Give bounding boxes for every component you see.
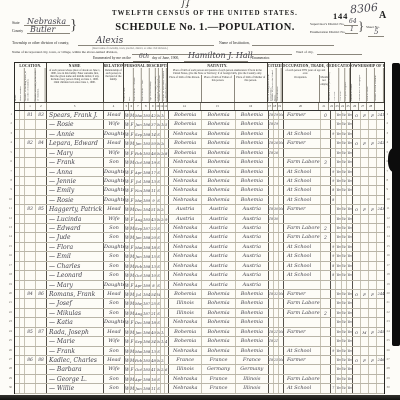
table-row: — WillieSonWMJun188811SNebraskaFranceIll… [15,384,384,393]
cell-fam [36,233,47,241]
cell-o1 [353,243,361,251]
cell-pf: France [202,356,235,364]
column-group-occupation: OCCUPATION, TRADE, OR PROFESSIONof each … [283,63,330,102]
cell-o1 [353,158,361,166]
cell-o4: 246 [377,356,384,364]
cell-pm: Austria [236,205,269,213]
cell-rel: Son [104,158,125,166]
cell-pb: Nebraska [169,281,202,289]
cell-o1 [353,120,361,128]
cell-dw [25,196,36,204]
cell-dw: 86 [25,356,36,364]
cell-oc [284,281,321,289]
cell-pf: Austria [202,215,235,223]
cell-o4 [377,158,384,166]
cell-bm: Jan [135,233,143,241]
line-number: 20 [2,289,12,298]
cell-name: — Annie [47,130,104,138]
cell-o2 [361,262,369,270]
line-number: 30 [2,383,12,392]
cell-o3: F [369,356,377,364]
cell-fam [36,262,47,270]
cell-bm: May [135,196,143,204]
cell-o4 [377,375,384,383]
cell-dw [25,318,36,326]
table-row: — MaryWifeWFFeb185446M268 6BohemiaBohemi… [15,149,384,158]
cell-pb: Nebraska [169,158,202,166]
cell-pf: Bohemia [202,337,235,345]
cell-by: 1878 [143,309,151,317]
cell-o4 [377,177,384,185]
cell-oc: At School [284,168,321,176]
cell-o3 [369,224,377,232]
cell-o2 [361,120,369,128]
cell-fam [36,271,47,279]
cell-fam [36,215,47,223]
cell-pb: Nebraska [169,196,202,204]
column-number: 26 [351,103,359,110]
cell-fam: 84 [36,139,47,147]
cell-dw: 81 [25,111,36,119]
cell-bm: Oct [135,158,143,166]
cell-o3 [369,215,377,223]
cell-o1 [353,365,361,373]
cell-rel: Wife [104,215,125,223]
cell-o1: O [353,205,361,213]
cell-o2 [361,309,369,317]
cell-dw [25,130,36,138]
cell-bm: Mar [135,243,143,251]
cell-pm: Germany [236,365,269,373]
cell-dw [25,252,36,260]
cell-oc [284,365,321,373]
cell-pm: Austria [236,233,269,241]
cell-oc: Farm Laborer [284,233,321,241]
cell-pb: Nebraska [169,186,202,194]
cell-pb: Nebraska [169,130,202,138]
cell-oc: Farmer [284,205,321,213]
cell-mo [321,384,331,392]
cell-pm: Austria [236,224,269,232]
column-number: 7 [134,103,142,110]
cell-rel: Daughter [104,243,125,251]
cell-pf: Bohemia [202,139,235,147]
vertical-column-caption: Naturalization. [277,68,282,102]
cell-o4: 242 [377,139,384,147]
sub-column-label: Place of birth of Father of this person. [201,75,234,102]
cell-oc: Farmer [284,356,321,364]
cell-pm: Bohemia [236,196,269,204]
cell-by: 1852 [143,356,151,364]
cell-mo [321,252,331,260]
cell-o1 [353,299,361,307]
cell-name: — Anna [47,168,104,176]
cell-dw: 84 [25,290,36,298]
vertical-column-caption: Number of family, in the order of visita… [35,68,46,102]
institution-label: Name of Institution, [219,41,250,45]
cell-name: — Jennie [47,177,104,185]
line-number: 27 [387,355,392,364]
cell-o1 [353,252,361,260]
cell-by: 1856 [143,215,151,223]
cell-o3 [369,252,377,260]
cell-bm: Feb [135,356,143,364]
column-number: 14 [168,103,201,110]
cell-o2 [361,233,369,241]
cell-pf: Bohemia [202,158,235,166]
cell-bm: Jun [135,120,143,128]
cell-oc: At School [284,177,321,185]
cell-name: — Flora [47,243,104,251]
cell-pf: Austria [202,233,235,241]
enumeration-district-label: Enumeration District No. [310,30,345,34]
cell-by: 1858 [143,111,151,119]
line-number: 26 [387,346,392,355]
cell-by: 1850 [143,139,151,147]
cell-o1 [353,186,361,194]
cell-o4 [377,224,384,232]
cell-bm: Jul [135,290,143,298]
line-number: 6 [2,157,12,166]
cell-mo [321,299,331,307]
sub-column-label: Place of birth of Mother of this person. [234,75,267,102]
table-header: LOCATION.Street.House number.Number of d… [15,63,384,111]
cell-name: — George L. [47,375,104,383]
line-number: 4 [2,138,12,147]
line-number: 1 [387,110,392,119]
cell-o4 [377,196,384,204]
cell-fam [36,149,47,157]
cell-pb: Bohemia [169,149,202,157]
cell-by: 1884 [143,252,151,260]
cell-o2: M [361,328,369,336]
cell-fam: 86 [36,290,47,298]
cell-fam [36,375,47,383]
cell-o4 [377,365,384,373]
cell-dw [25,337,36,345]
cell-fam: 85 [36,205,47,213]
cell-oc: At School [284,384,321,392]
cell-name: — Barbara [47,365,104,373]
cell-o2 [361,365,369,373]
cell-pf: Bohemia [202,328,235,336]
line-number: 12 [2,214,12,223]
cell-dw [25,384,36,392]
line-number: 15 [2,242,12,251]
cell-pb: Nebraska [169,262,202,270]
cell-o2 [361,186,369,194]
cell-mo [321,149,331,157]
cell-pm: Austria [236,215,269,223]
cell-rel: Daughter [104,196,125,204]
left-brace: } [70,17,77,34]
cell-o4 [377,243,384,251]
cell-bm: Aug [135,309,143,317]
cell-fam [36,252,47,260]
cell-o3 [369,262,377,270]
cell-o2: F [361,205,369,213]
cell-o2 [361,215,369,223]
cell-o2 [361,252,369,260]
cell-name: — Charles [47,262,104,270]
cell-o1 [353,177,361,185]
cell-pm: Bohemia [236,120,269,128]
cell-pb: Nebraska [169,177,202,185]
cell-bm: Jan [135,328,143,336]
line-number: 21 [2,298,12,307]
cell-name: — Emily [47,186,104,194]
cell-pf: Bohemia [202,177,235,185]
cell-pm: Bohemia [236,186,269,194]
cell-pb: Nebraska [169,168,202,176]
group-desc-nativity: Place of birth of each person and parent… [168,68,266,75]
line-number: 30 [387,383,392,392]
cell-by: 1882 [143,243,151,251]
cell-o4: 241 [377,111,384,119]
cell-o3 [369,384,377,392]
cell-rel: Daughter [104,168,125,176]
cell-o1: O [353,356,361,364]
cell-oc [284,337,321,345]
cell-pf: Austria [202,243,235,251]
cell-rel: Head [104,356,125,364]
cell-rel: Son [104,252,125,260]
cell-pm: Austria [236,271,269,279]
cell-pm: Bohemia [236,309,269,317]
cell-pb: Bohemia [169,290,202,298]
sheet-letter: A [379,10,386,21]
line-number: 3 [2,129,12,138]
cell-oc [284,215,321,223]
cell-fam [36,120,47,128]
cell-mo [321,356,331,364]
cell-o3 [369,271,377,279]
cell-o3: F [369,139,377,147]
cell-o2: F [361,290,369,298]
cell-rel: Head [104,205,125,213]
cell-dw [25,158,36,166]
cell-pb: Bohemia [169,139,202,147]
cell-by: 1877 [143,224,151,232]
cell-fam [36,365,47,373]
cell-o2 [361,158,369,166]
cell-pb: Bohemia [169,111,202,119]
cell-fam [36,318,47,326]
column-number: 1 [25,103,36,110]
cell-pf: Bohemia [202,149,235,157]
cell-bm: Jul [135,177,143,185]
vertical-column-caption: Number of farm schedule. [375,68,384,102]
cell-rel: Head [104,328,125,336]
table-row: 8486Romans, FrankHeadWMJul184554WdBohemi… [15,290,384,299]
line-number: 18 [2,270,12,279]
cell-dw [25,120,36,128]
cell-bm: Jun [135,384,143,392]
line-number: 9 [2,185,12,194]
ward-label: Ward of city, [296,50,314,54]
cell-mo [321,139,331,147]
cell-o2 [361,281,369,289]
cell-name: — Josef [47,299,104,307]
cell-pm: Bohemia [236,149,269,157]
cell-rel: Son [104,262,125,270]
table-row: — CharlesSonWMFeb188713SNebraskaAustriaA… [15,262,384,271]
cell-dw [25,177,36,185]
ink-marks: ʃʄ [182,0,191,8]
cell-o3: F [369,328,377,336]
cell-pm: Bohemia [236,328,269,336]
cell-by: 1884 [143,375,151,383]
table-row: — George L.SonWMApr188416SNebraskaFrance… [15,375,384,384]
line-number: 24 [2,327,12,336]
cell-o2: F [361,356,369,364]
column-number: 20 [283,103,320,110]
line-number: 28 [387,364,392,373]
column-group-personal: PERSONAL DESCRIPTION.Color or race.Sex.D… [124,63,168,102]
cell-dw [25,347,36,355]
group-desc-name: of each person whose place of abode on J… [47,68,103,85]
cell-o2: F [361,111,369,119]
cell-dw [25,299,36,307]
cell-name: — Lucinda [47,215,104,223]
table-row: — LucindaWifeWFAug185643M249 8AustriaAus… [15,215,384,224]
cell-bm: Dec [135,205,143,213]
column-numbers-row: 123456789101112 131415161718192021222324… [15,102,384,110]
cell-dw [25,243,36,251]
cell-oc: Farmer [284,290,321,298]
cell-rel: Son [104,347,125,355]
cell-pm: Illinois [236,384,269,392]
cell-o3 [369,196,377,204]
cell-by: 1887 [143,347,151,355]
cell-o3: F [369,111,377,119]
cell-o1 [353,168,361,176]
cell-pm: Austria [236,252,269,260]
cell-mo [321,186,331,194]
cell-o1 [353,262,361,270]
vertical-column-caption: Can speak English. [345,68,350,102]
cell-o2 [361,337,369,345]
table-row: — JosefSonWMMay187525SIllinoisBohemiaBoh… [15,299,384,308]
cell-o1: O [353,290,361,298]
cell-by: 1883 [143,168,151,176]
cell-bm: Aug [135,215,143,223]
vertical-column-caption: Date of birth — Year. [142,68,150,102]
line-number: 2 [2,119,12,128]
cell-name: — Rosie [47,196,104,204]
cell-o3 [369,318,377,326]
cell-dw: 82 [25,139,36,147]
cell-o3 [369,375,377,383]
cell-fam [36,281,47,289]
line-number: 22 [2,308,12,317]
cell-dw [25,262,36,270]
cell-oc: At School [284,196,321,204]
column-group-education: EDUCATION.Attended school (in months).Ca… [329,63,351,102]
line-number: 16 [387,251,392,260]
cell-mo: 0 [321,111,331,119]
cell-dw [25,168,36,176]
cell-name: Rada, Joseph [47,328,104,336]
cell-by: 1892 [143,281,151,289]
cell-o3 [369,233,377,241]
cell-name: — Jude [47,233,104,241]
enumerated-pre-label: Enumerated by me on the [93,56,131,60]
column-number: 4 [104,103,125,110]
cell-pb: Bohemia [169,337,202,345]
cell-o4 [377,168,384,176]
cell-o1 [353,375,361,383]
line-number: 17 [2,261,12,270]
cell-oc: At School [284,186,321,194]
cell-o3 [369,120,377,128]
line-number: 7 [2,167,12,176]
cell-rel: Son [104,375,125,383]
cell-bm: Sep [135,130,143,138]
cell-pb: Nebraska [169,243,202,251]
cell-o4 [377,252,384,260]
cell-mo [321,215,331,223]
cell-o3 [369,186,377,194]
cell-fam [36,309,47,317]
cell-o3 [369,337,377,345]
line-number: 20 [387,289,392,298]
cell-pm: France [236,356,269,364]
table-row: — MaryDaughterWFApr18928SNebraskaAustria… [15,281,384,290]
cell-rel: Daughter [104,177,125,185]
cell-name: — Mary [47,149,104,157]
group-desc-relation: Relationship of each person to the head … [104,68,124,82]
enumeration-underline [345,32,358,34]
cell-o4 [377,337,384,345]
cell-pm: Bohemia [236,290,269,298]
cell-oc [284,318,321,326]
table-row: — FloraDaughterWFMar188218SNebraskaAustr… [15,243,384,252]
cell-fam [36,384,47,392]
table-row: — BarbaraWifeWFOct185841M226 5IllinoisGe… [15,365,384,374]
cell-name: — Willie [47,384,104,392]
line-number: 13 [387,223,392,232]
line-number: 28 [2,364,12,373]
cell-mo [321,281,331,289]
institution-underline [252,44,334,46]
cell-dw [25,271,36,279]
cell-mo [321,271,331,279]
cell-pf: Bohemia [202,186,235,194]
table-row: — FrankSonWMMar188713SNebraskaBohemiaBoh… [15,347,384,356]
cell-by: 1889 [143,271,151,279]
cell-o4 [377,233,384,241]
sub-column-label: Place of birth of this Person. [168,75,201,102]
township-label: Township or other division of county, [12,41,69,45]
cell-pb: Nebraska [169,318,202,326]
table-row: — EmilyDaughterWFNov188811SNebraskaBohem… [15,186,384,195]
cell-oc: Farm Laborer [284,309,321,317]
scan-bottom-edge [0,395,400,400]
city-label: Name of incorporated city, town, or vill… [12,50,118,54]
cell-o1 [353,215,361,223]
column-number: 2 [36,103,47,110]
stamp-number: 144 [333,11,348,21]
line-number: 12 [387,214,392,223]
cell-pm: Bohemia [236,168,269,176]
line-number: 11 [2,204,12,213]
cell-pb: Nebraska [169,375,202,383]
cell-o3 [369,130,377,138]
cell-o1 [353,384,361,392]
cell-by: 1887 [143,262,151,270]
cell-o3 [369,158,377,166]
